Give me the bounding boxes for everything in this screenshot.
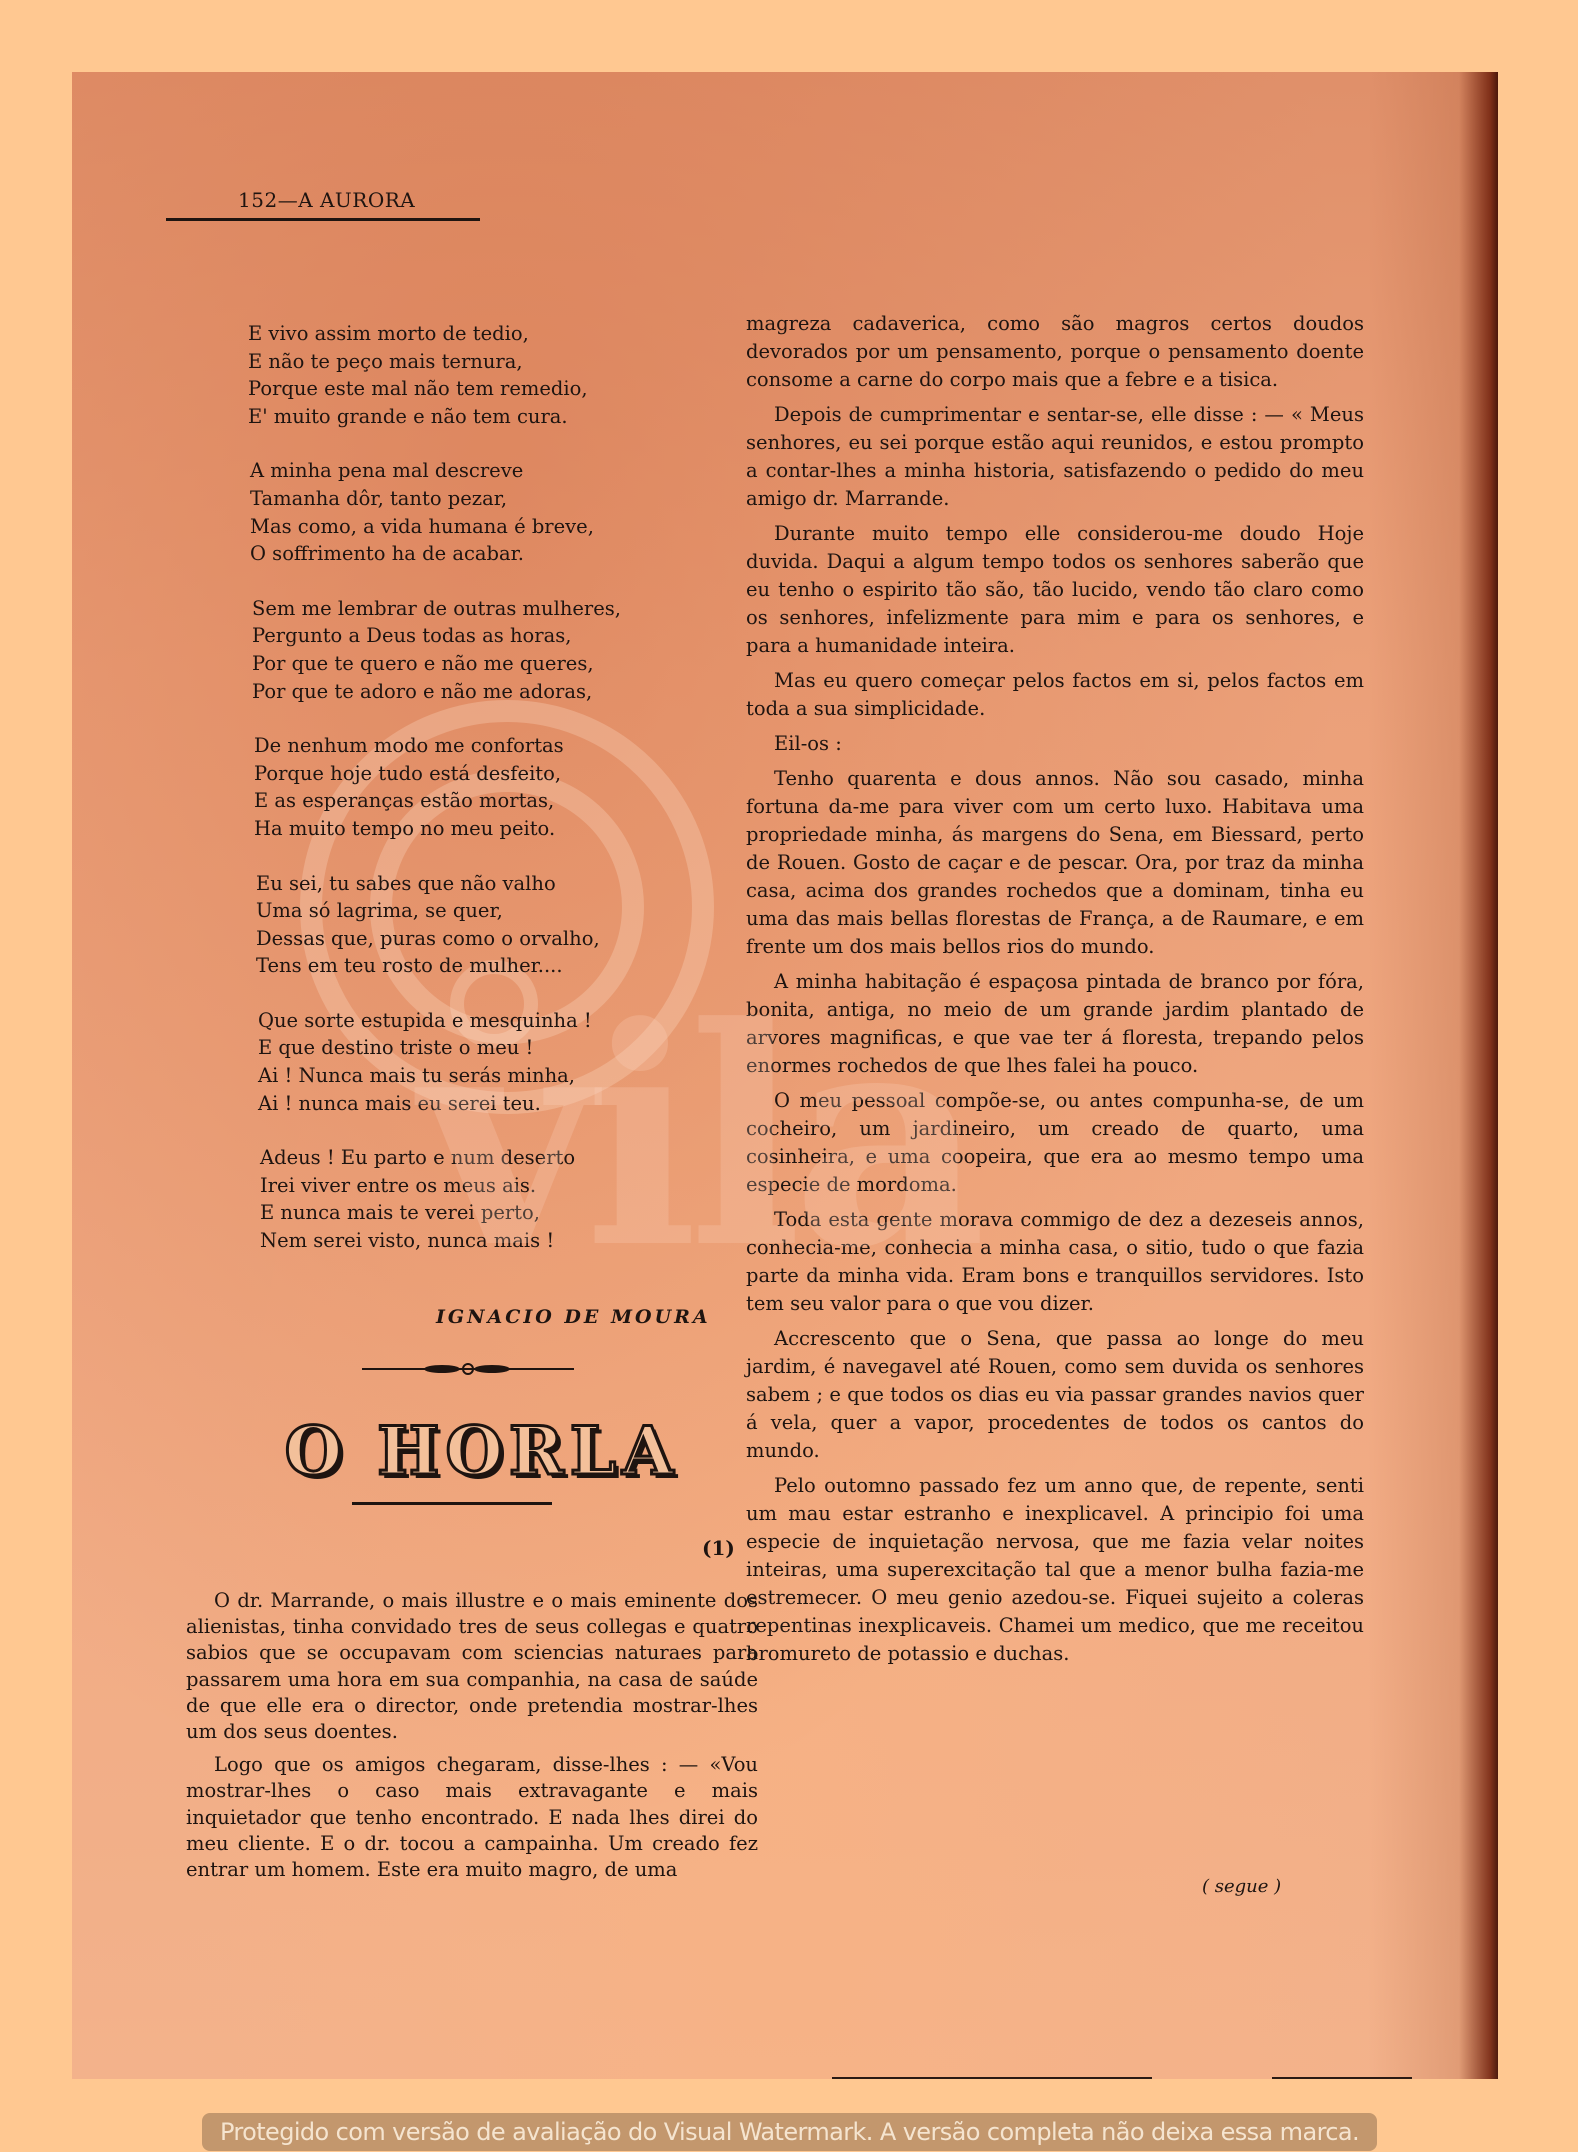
poem: E vivo assim morto de tedio,E não te peç…	[248, 320, 728, 1282]
poem-line: O soffrimento ha de acabar.	[250, 540, 728, 568]
article-left-column: O dr. Marrande, o mais illustre e o mais…	[186, 1588, 758, 1890]
poem-line: Dessas que, puras como o orvalho,	[256, 925, 728, 953]
bottom-rule	[1272, 2077, 1412, 2079]
poem-line: A minha pena mal descreve	[250, 457, 728, 485]
poem-line: Sem me lembrar de outras mulheres,	[252, 595, 728, 623]
poem-stanza: Adeus ! Eu parto e num desertoIrei viver…	[248, 1144, 728, 1254]
poem-stanza: A minha pena mal descreveTamanha dôr, ta…	[248, 457, 728, 567]
article-paragraph: Accrescento que o Sena, que passa ao lon…	[746, 1325, 1364, 1465]
poem-stanza: Sem me lembrar de outras mulheres,Pergun…	[248, 595, 728, 705]
poem-line: Tamanha dôr, tanto pezar,	[250, 485, 728, 513]
article-paragraph: A minha habitação é espaçosa pintada de …	[746, 968, 1364, 1080]
continues-note: ( segue )	[1202, 1876, 1281, 1897]
poem-line: Pergunto a Deus todas as horas,	[252, 622, 728, 650]
poem-line: De nenhum modo me confortas	[254, 732, 728, 760]
poem-line: Ha muito tempo no meu peito.	[254, 815, 728, 843]
page-number: 152	[166, 188, 278, 212]
ornament-divider-icon	[362, 1362, 574, 1376]
poem-line: Eu sei, tu sabes que não valho	[256, 870, 728, 898]
head-separator: —	[278, 188, 299, 212]
article-title: O HORLA	[222, 1412, 742, 1490]
poem-line: E que destino triste o meu !	[258, 1034, 728, 1062]
poem-line: Ai ! Nunca mais tu serás minha,	[258, 1062, 728, 1090]
article-paragraph: Toda esta gente morava commigo de dez a …	[746, 1206, 1364, 1318]
poem-line: E' muito grande e não tem cura.	[248, 403, 728, 431]
article-paragraph: Mas eu quero começar pelos factos em si,…	[746, 667, 1364, 723]
poem-stanza: Eu sei, tu sabes que não valhoUma só lag…	[248, 870, 728, 980]
poem-line: E as esperanças estão mortas,	[254, 787, 728, 815]
article-paragraph: Depois de cumprimentar e sentar-se, elle…	[746, 401, 1364, 513]
poem-line: Adeus ! Eu parto e num deserto	[260, 1144, 728, 1172]
footnote-mark: (1)	[702, 1536, 735, 1560]
page-binding-shadow	[1368, 72, 1498, 2079]
poem-line: Porque hoje tudo está desfeito,	[254, 760, 728, 788]
article-paragraph: Tenho quarenta e dous annos. Não sou cas…	[746, 765, 1364, 961]
poem-stanza: Que sorte estupida e mesquinha !E que de…	[248, 1007, 728, 1117]
poem-line: Mas como, a vida humana é breve,	[250, 513, 728, 541]
article-right-column: magreza cadaverica, como são magros cert…	[746, 310, 1364, 1675]
poem-line: E não te peço mais ternura,	[248, 348, 728, 376]
poem-line: Uma só lagrima, se quer,	[256, 897, 728, 925]
poem-line: Que sorte estupida e mesquinha !	[258, 1007, 728, 1035]
article-paragraph: Eil-os :	[746, 730, 1364, 758]
poem-line: Por que te adoro e não me adoras,	[252, 678, 728, 706]
poem-line: Nem serei visto, nunca mais !	[260, 1227, 728, 1255]
article-paragraph: O dr. Marrande, o mais illustre e o mais…	[186, 1588, 758, 1745]
poem-line: Tens em teu rosto de mulher....	[256, 952, 728, 980]
article-paragraph: O meu pessoal compõe-se, ou antes compun…	[746, 1087, 1364, 1199]
publication-name: A AURORA	[298, 188, 415, 212]
poem-author: IGNACIO DE MOURA	[436, 1306, 711, 1328]
poem-line: E vivo assim morto de tedio,	[248, 320, 728, 348]
article-paragraph: magreza cadaverica, como são magros cert…	[746, 310, 1364, 394]
running-head: 152—A AURORA	[166, 188, 480, 221]
poem-stanza: E vivo assim morto de tedio,E não te peç…	[248, 320, 728, 430]
poem-line: Ai ! nunca mais eu serei teu.	[258, 1090, 728, 1118]
bottom-rule	[832, 2077, 1152, 2079]
poem-line: Porque este mal não tem remedio,	[248, 375, 728, 403]
article-paragraph: Durante muito tempo elle considerou-me d…	[746, 520, 1364, 660]
poem-line: E nunca mais te verei perto,	[260, 1199, 728, 1227]
poem-line: Irei viver entre os meus ais.	[260, 1172, 728, 1200]
poem-line: Por que te quero e não me queres,	[252, 650, 728, 678]
article-paragraph: Logo que os amigos chegaram, disse-lhes …	[186, 1752, 758, 1883]
title-rule	[352, 1502, 552, 1505]
article-paragraph: Pelo outomno passado fez um anno que, de…	[746, 1472, 1364, 1668]
poem-stanza: De nenhum modo me confortasPorque hoje t…	[248, 732, 728, 842]
watermark-banner: Protegido com versão de avaliação do Vis…	[202, 2113, 1377, 2151]
